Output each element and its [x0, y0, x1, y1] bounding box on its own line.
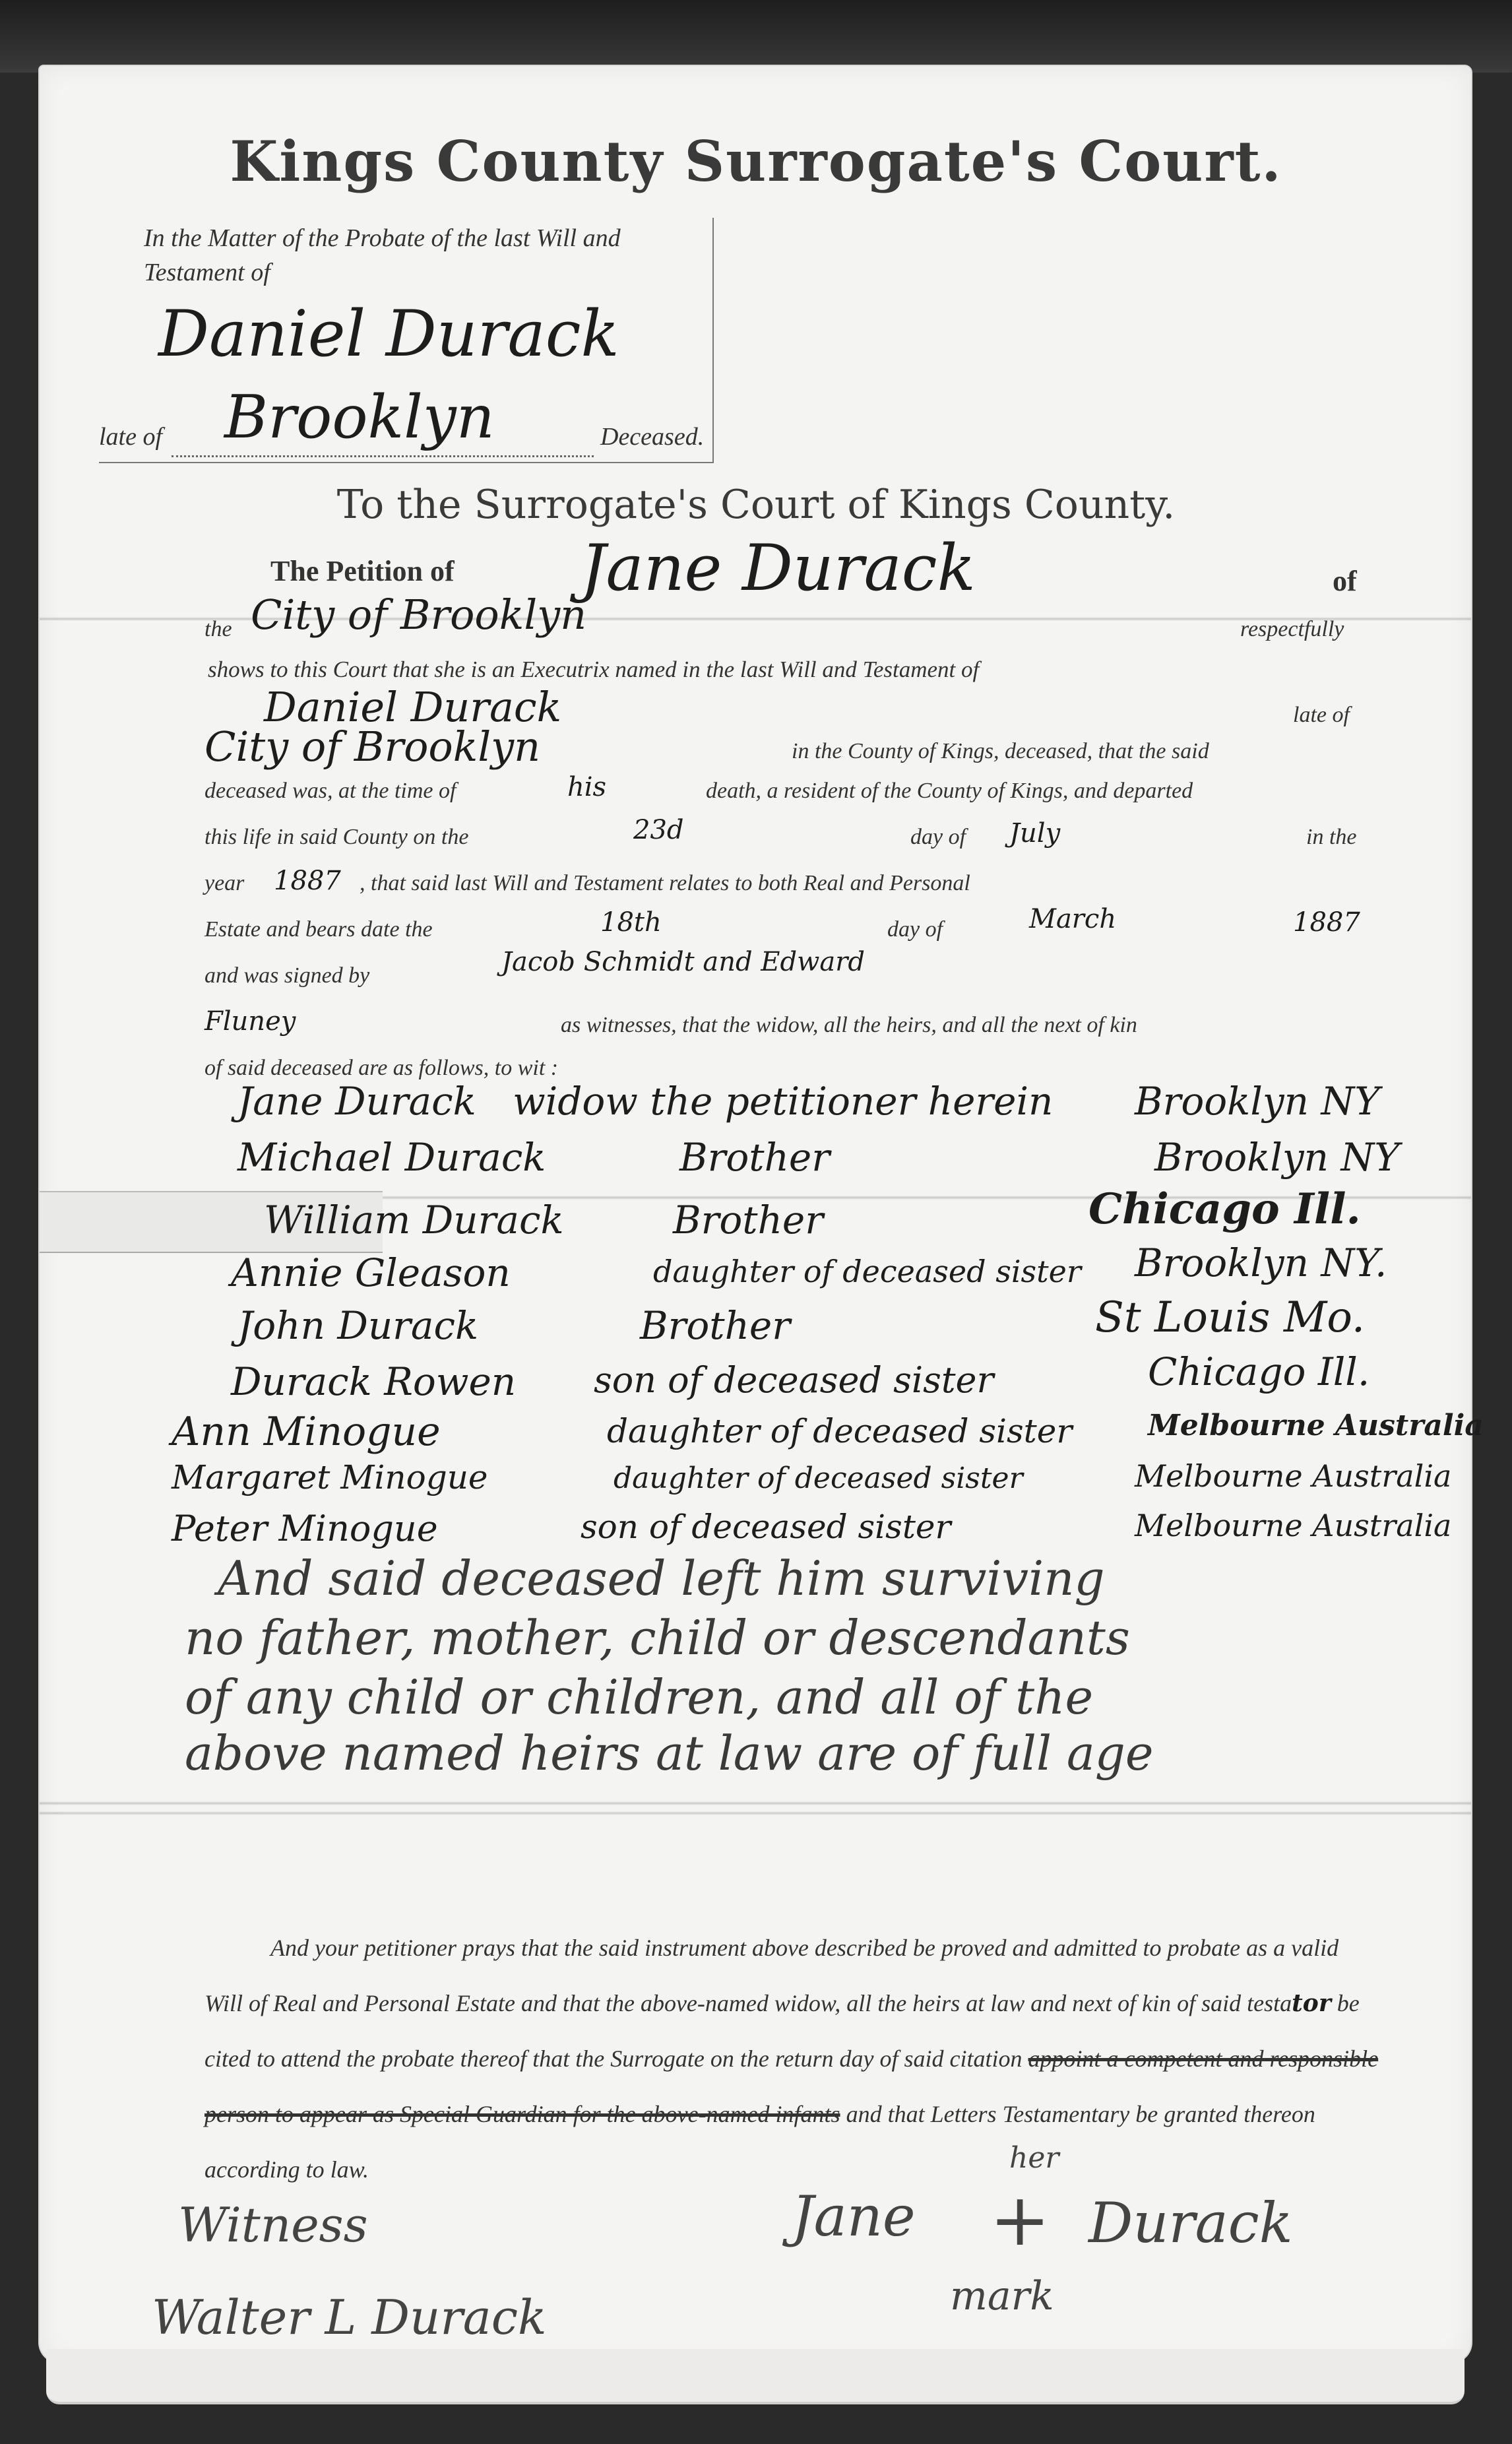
will-day: 18th — [600, 907, 662, 938]
heir-relation: son of deceased sister — [594, 1359, 993, 1401]
heir-name: William Durack — [264, 1198, 564, 1242]
heir-row: Jane Durack widow the petitioner herein — [237, 1079, 1053, 1124]
heir-relation: Brother — [673, 1198, 823, 1242]
will-month: March — [1029, 904, 1116, 934]
heir-residence: Brooklyn NY — [1135, 1079, 1379, 1124]
decedent-residence: City of Brooklyn — [205, 723, 540, 771]
line5-prefix: deceased was, at the time of — [205, 779, 456, 804]
heir-relation: Brother — [679, 1135, 830, 1180]
heir-name: Jane Durack — [237, 1079, 476, 1124]
deceased-label: Deceased. — [600, 422, 704, 451]
court-title: Kings County Surrogate's Court. — [0, 129, 1512, 194]
heir-residence: Brooklyn NY — [1154, 1135, 1399, 1180]
heir-name: Durack Rowen — [231, 1359, 516, 1404]
decedent-name: Daniel Durack — [158, 297, 619, 371]
line3-suffix: late of — [1293, 703, 1350, 728]
of-label: of — [1333, 564, 1357, 598]
matter-intro: In the Matter of the Probate of the last… — [144, 221, 711, 290]
line4-suffix: in the County of Kings, deceased, that t… — [792, 739, 1209, 764]
mark-label: mark — [950, 2273, 1054, 2319]
heir-residence: Melbourne Australia — [1135, 1508, 1451, 1543]
line6-prefix: this life in said County on the — [205, 825, 468, 850]
death-month: July — [1009, 818, 1060, 849]
fold-crease — [40, 1811, 1471, 1815]
heir-relation: daughter of deceased sister — [607, 1412, 1072, 1450]
witness-signature: Walter L Durack — [152, 2290, 547, 2345]
testator-suffix: tor — [1292, 1989, 1331, 2017]
petitioner-residence: City of Brooklyn — [251, 591, 586, 639]
heir-residence: St Louis Mo. — [1095, 1293, 1365, 1342]
heir-residence: Chicago Ill. — [1088, 1184, 1361, 1234]
scanner-backdrop — [0, 0, 1512, 73]
late-of-value: Brooklyn — [224, 383, 495, 452]
line7-suffix: , that said last Will and Testament rela… — [360, 871, 970, 896]
statement-line: above named heirs at law are of full age — [185, 1725, 1153, 1781]
signer-last-name: Durack — [1088, 2191, 1293, 2255]
heir-relation: daughter of deceased sister — [653, 1254, 1081, 1289]
her-label: her — [1009, 2141, 1059, 2175]
heir-name: Margaret Minogue — [172, 1458, 488, 1496]
heir-relation: daughter of deceased sister — [614, 1462, 1023, 1495]
heir-residence: Brooklyn NY. — [1135, 1240, 1387, 1285]
heir-name: Peter Minogue — [172, 1508, 438, 1549]
line9-prefix: and was signed by — [205, 963, 369, 988]
line11: of said deceased are as follows, to wit … — [205, 1056, 558, 1081]
address-heading: To the Surrogate's Court of Kings County… — [0, 482, 1512, 528]
prayer-part1: And your petitioner prays that the said … — [205, 1935, 1339, 2016]
line8-prefix: Estate and bears date the — [205, 917, 433, 942]
heir-relation: widow the petitioner herein — [513, 1079, 1053, 1124]
heir-name: Michael Durack — [237, 1135, 546, 1180]
line6-suffix: in the — [1306, 825, 1356, 850]
heir-residence: Melbourne Australia — [1135, 1458, 1451, 1494]
statement-line: And said deceased left him surviving — [218, 1551, 1105, 1606]
fold-crease — [40, 1801, 1471, 1805]
death-day: 23d — [633, 815, 684, 845]
heir-relation: son of deceased sister — [581, 1508, 951, 1546]
heir-name: Annie Gleason — [231, 1250, 511, 1295]
line6-mid: day of — [910, 825, 966, 850]
mark-symbol: + — [990, 2177, 1050, 2262]
heir-relation: Brother — [640, 1303, 790, 1348]
line10-suffix: as witnesses, that the widow, all the he… — [561, 1013, 1137, 1038]
heir-name: John Durack — [237, 1303, 478, 1348]
late-of-underline — [172, 455, 594, 457]
petition-of-label: The Petition of — [270, 554, 455, 588]
prayer-paragraph: And your petitioner prays that the said … — [205, 1920, 1379, 2197]
statement-line: no father, mother, child or descendants — [185, 1610, 1130, 1665]
late-of-label: late of — [99, 422, 162, 451]
will-year: 1887 — [1293, 907, 1360, 938]
heir-residence: Melbourne Australia — [1148, 1409, 1484, 1442]
petitioner-name: Jane Durack — [581, 531, 976, 605]
death-year: 1887 — [274, 866, 341, 896]
witness-label: Witness — [178, 2197, 368, 2253]
heir-name: Ann Minogue — [172, 1409, 441, 1455]
heir-residence: Chicago Ill. — [1148, 1349, 1370, 1394]
decedent-pronoun: his — [567, 772, 606, 802]
witnesses-part2: Fluney — [205, 1006, 296, 1037]
signer-first-name: Jane — [792, 2184, 916, 2249]
line7-prefix: year — [205, 871, 244, 896]
line1-suffix: respectfully — [1240, 617, 1344, 642]
line5-suffix: death, a resident of the County of Kings… — [706, 779, 1193, 804]
line8-mid: day of — [887, 917, 943, 942]
witnesses-part1: Jacob Schmidt and Edward — [501, 947, 865, 977]
torn-bottom-edge — [46, 2349, 1465, 2404]
line2: shows to this Court that she is an Execu… — [208, 657, 979, 683]
line1-prefix: the — [205, 617, 232, 642]
statement-line: of any child or children, and all of the — [185, 1669, 1093, 1725]
